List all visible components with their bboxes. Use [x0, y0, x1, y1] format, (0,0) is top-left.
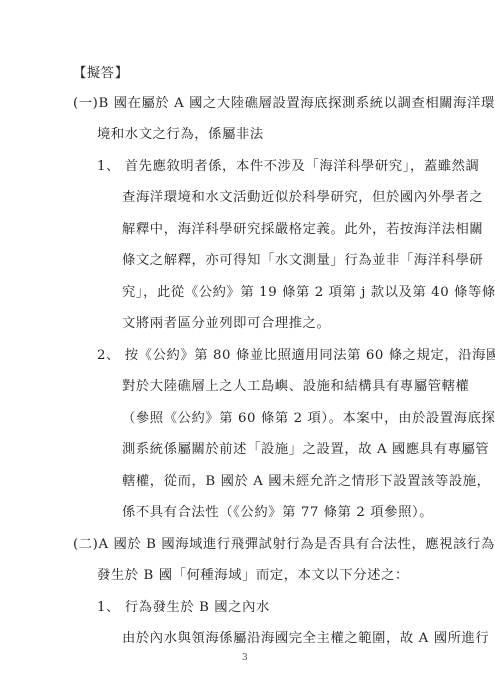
item-1-2-line: 轄權，從而，B 國於 A 國未經允許之情形下設置該等設施， [122, 474, 491, 490]
item-1-2-line: （參照《公約》第 60 條第 2 項）。本案中，由於設置海底探 [122, 411, 495, 427]
page-number: 3 [242, 653, 248, 663]
item-1-2-line: 測系統係屬關於前述「設施」之設置，故 A 國應具有專屬管 [122, 442, 489, 458]
item-1-2: 2、 按《公約》第 80 條並比照適用同法第 60 條之規定，沿海國 [97, 348, 495, 364]
item-1-2-line: 對於大陸礁層上之人工島嶼、設施和結構具有專屬管轄權 [122, 379, 469, 395]
section-1-title-cont: 境和水文之行為，係屬非法 [97, 127, 264, 143]
item-1-2-line: 係不具有合法性（《公約》第 77 條第 2 項參照）。 [122, 505, 433, 521]
item-1-1-line: 查海洋環境和水文活動近似於科學研究，但於國內外學者之 [122, 190, 483, 206]
item-1-1-line: 條文之解釋，亦可得知「水文測量」行為並非「海洋科學研 [122, 253, 483, 269]
item-1-1-line: 文將兩者區分並列即可合理推之。 [122, 316, 330, 332]
answer-heading: 【擬答】 [73, 66, 129, 82]
item-1-1-line: 解釋中，海洋科學研究採嚴格定義。此外，若按海洋法相關 [122, 222, 483, 238]
section-2-title-cont: 發生於 B 國「何種海域」而定，本文以下分述之： [97, 568, 409, 584]
item-2-1: 1、 行為發生於 B 國之內水 [97, 600, 270, 616]
item-1-1: 1、 首先應敘明者係，本件不涉及「海洋科學研究」，蓋雖然調 [97, 159, 479, 175]
section-2-title: (二)A 國於 B 國海域進行飛彈試射行為是否具有合法性，應視該行為 [73, 537, 495, 553]
item-2-1-line: 由於內水與領海係屬沿海國完全主權之範圍，故 A 國所進行 [122, 631, 489, 647]
document-page: 【擬答】 (一)B 國在屬於 A 國之大陸礁層設置海底探測系統以調查相關海洋環 … [0, 0, 495, 700]
section-1-title: (一)B 國在屬於 A 國之大陸礁層設置海底探測系統以調查相關海洋環 [73, 96, 495, 112]
item-1-1-line: 究」，此從《公約》第 19 條第 2 項第 j 款以及第 40 條等條 [122, 285, 495, 301]
